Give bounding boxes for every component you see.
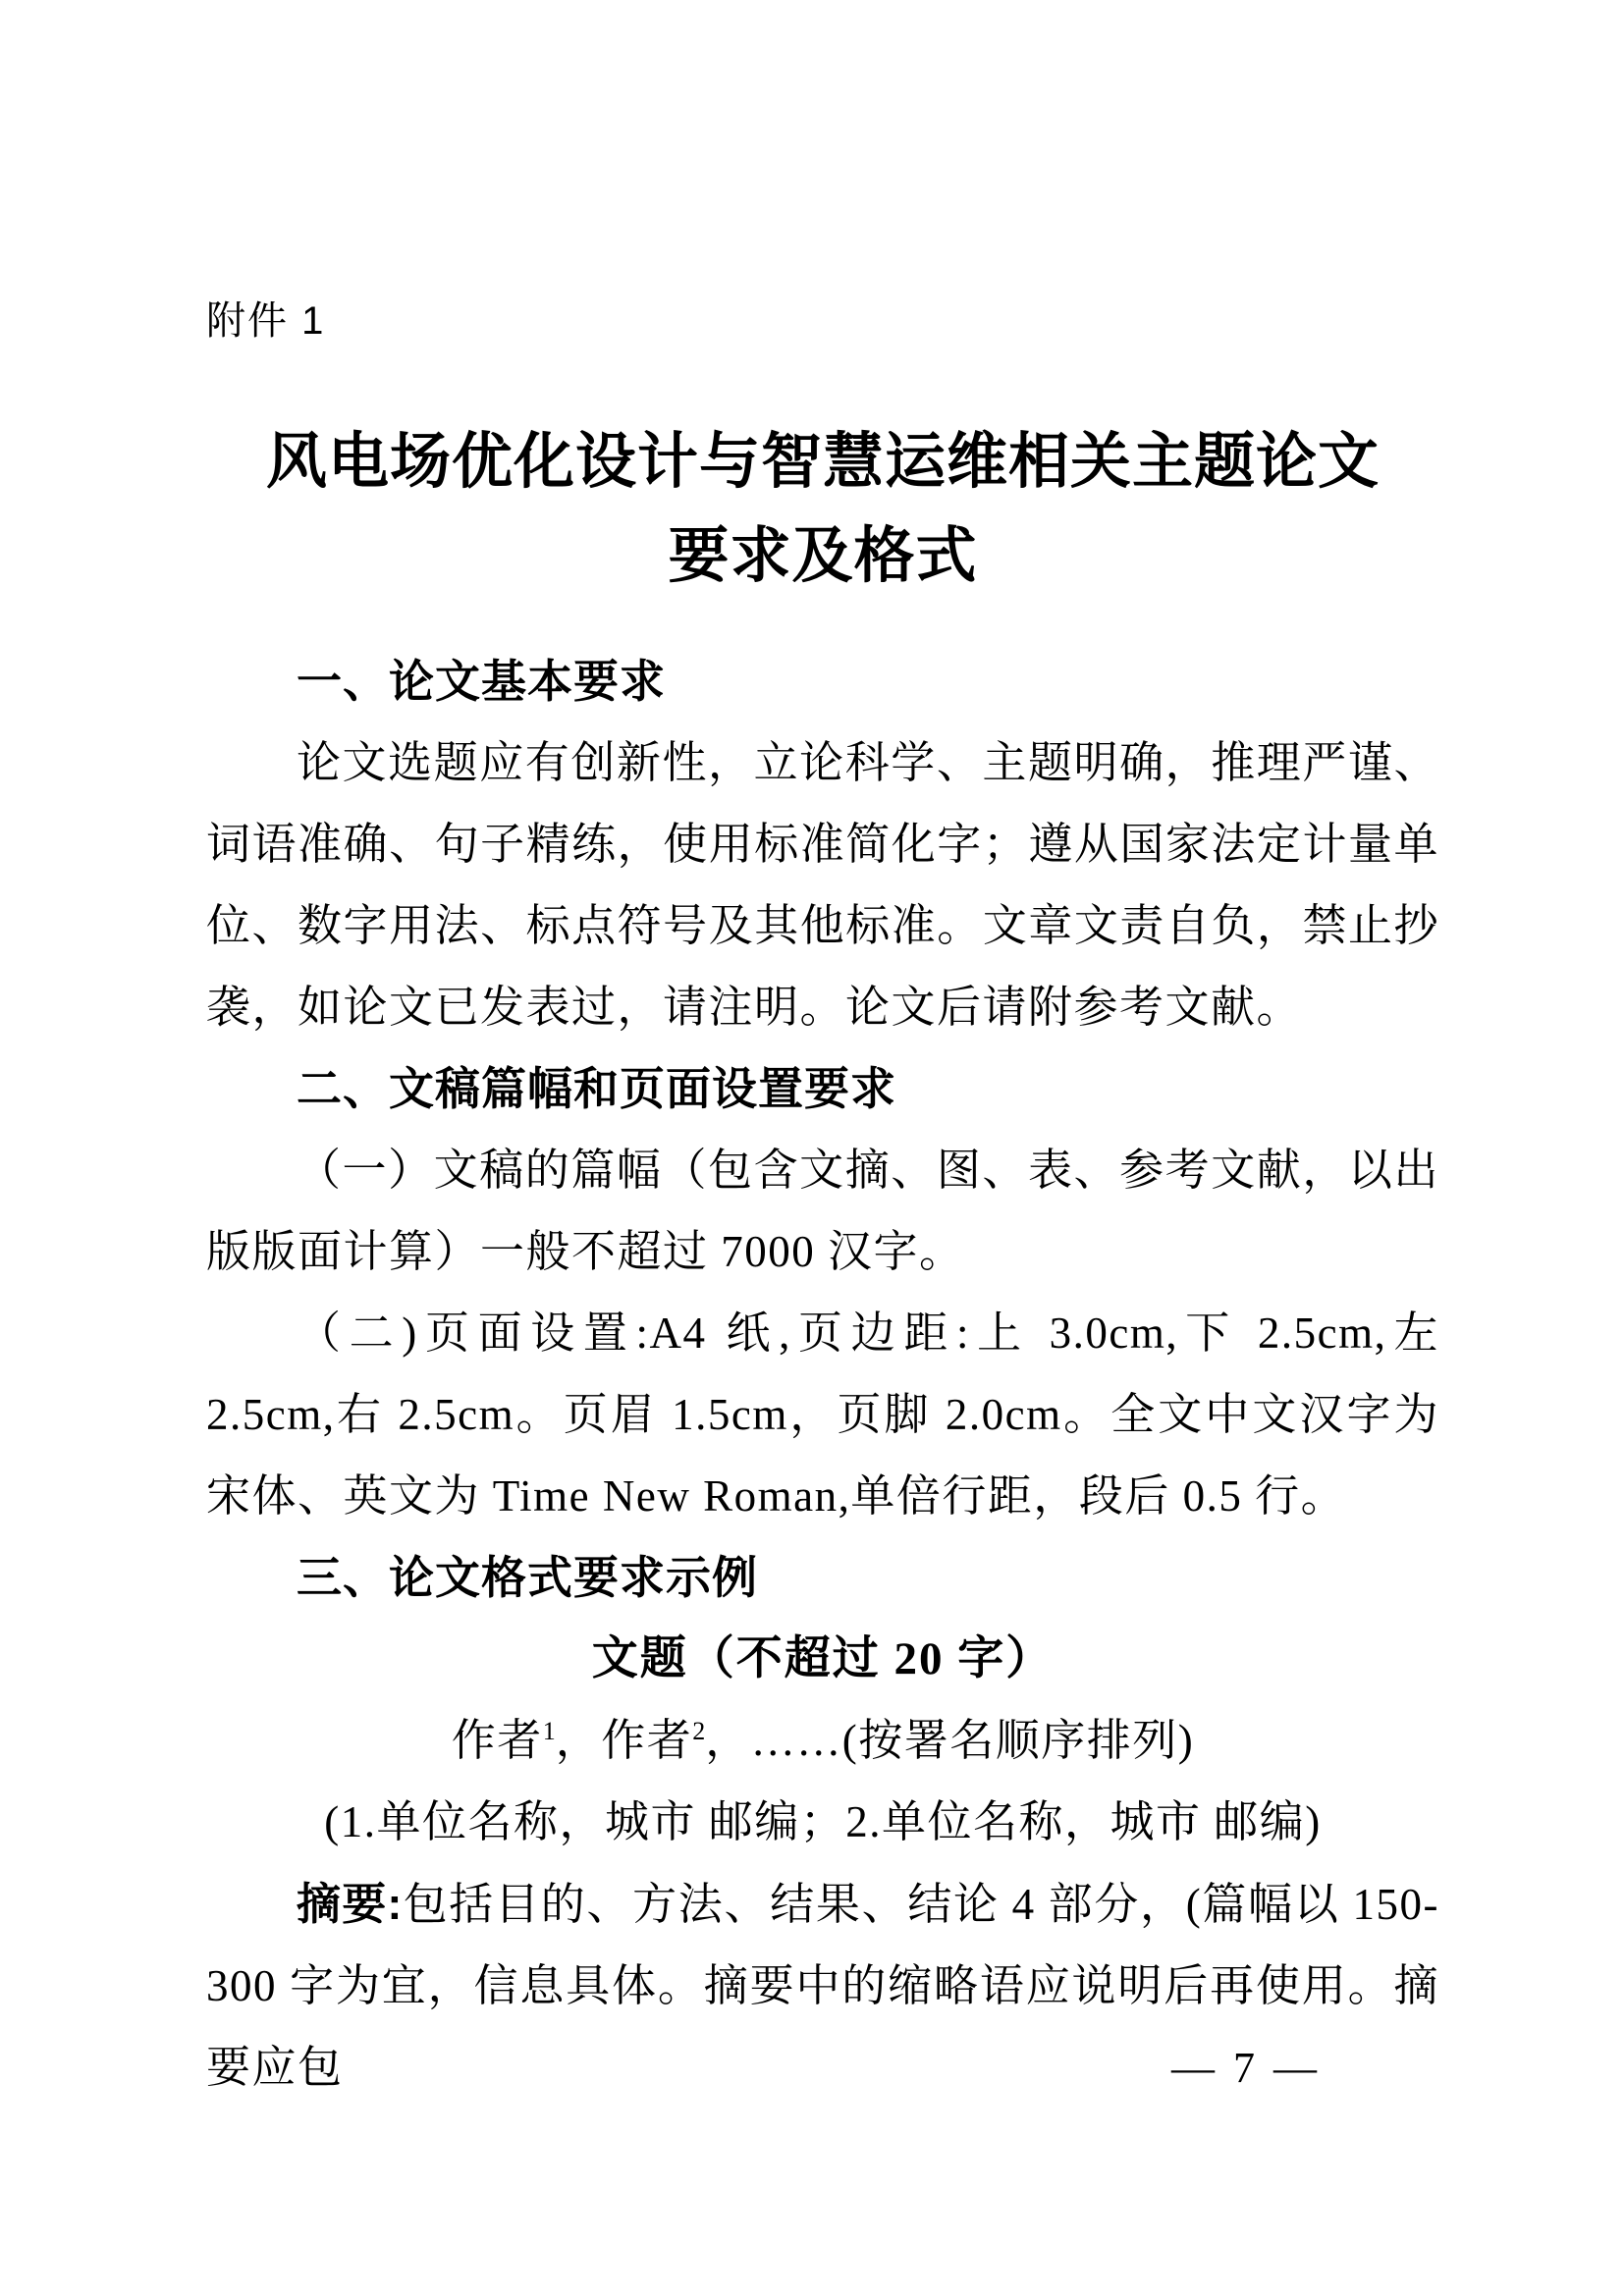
affiliation-line: (1.单位名称，城市 邮编；2.单位名称，城市 邮编) [206,1782,1439,1863]
document-title-line-1: 风电场优化设计与智慧运维相关主题论文 [266,429,1380,496]
document-page: 附件 1 风电场优化设计与智慧运维相关主题论文 要求及格式 一、论文基本要求 论… [0,0,1624,2296]
document-title: 风电场优化设计与智慧运维相关主题论文 要求及格式 [206,415,1439,604]
author-2-superscript: 2 [692,1717,705,1745]
authors-note: ，……(按署名顺序排列) [705,1716,1194,1765]
section-1-paragraph: 论文选题应有创新性，立论科学、主题明确，推理严谨、词语准确、句子精练，使用标准简… [206,722,1439,1048]
author-2: 作者 [601,1716,692,1765]
author-1: 作者 [452,1716,543,1765]
section-3-heading: 三、论文格式要求示例 [206,1537,1439,1619]
authors-line: 作者1，作者2，……(按署名顺序排列) [206,1700,1439,1782]
document-body: 一、论文基本要求 论文选题应有创新性，立论科学、主题明确，推理严谨、词语准确、句… [206,641,1439,2109]
document-title-line-2: 要求及格式 [668,523,977,590]
author-1-superscript: 1 [543,1717,556,1745]
abstract-label: 摘要: [297,1879,403,1929]
section-2-paragraph-2: （二)页面设置:A4 纸,页边距:上 3.0cm,下 2.5cm,左 2.5cm… [206,1293,1439,1537]
page-number: — 7 — [1171,2044,1321,2093]
section-2-paragraph-1: （一）文稿的篇幅（包含文摘、图、表、参考文献，以出版版面计算）一般不超过 700… [206,1130,1439,1293]
section-2-heading: 二、文稿篇幅和页面设置要求 [206,1048,1439,1130]
authors-separator: ， [556,1716,602,1765]
example-paper-title: 文题（不超过 20 字） [206,1619,1439,1700]
attachment-label: 附件 1 [206,297,1439,345]
document-content: 附件 1 风电场优化设计与智慧运维相关主题论文 要求及格式 一、论文基本要求 论… [206,0,1439,2109]
section-1-heading: 一、论文基本要求 [206,641,1439,722]
